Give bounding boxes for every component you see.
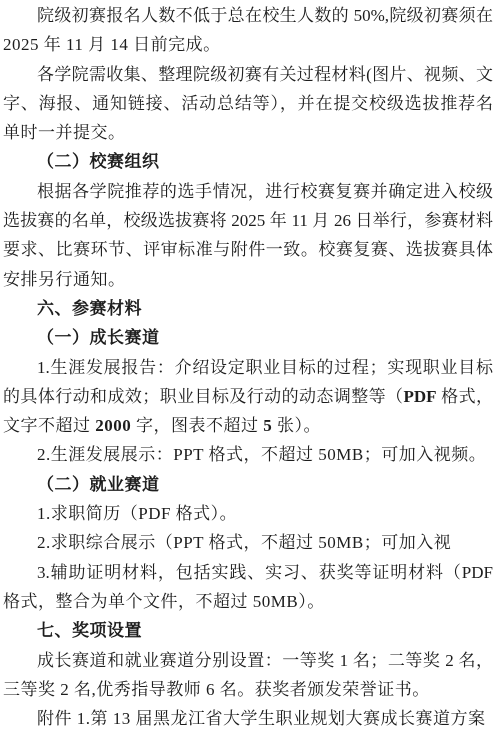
text-line: 3.辅助证明材料，包括实践、实习、获奖等证明材料（PDF: [3, 558, 493, 587]
text-segment: 张）。: [272, 416, 321, 435]
text-segment: 六、参赛材料: [37, 299, 142, 318]
text-segment: （二）就业赛道: [37, 475, 160, 494]
text-line: 2.求职综合展示（PPT 格式，不超过 50MB；可加入视频）。: [3, 528, 493, 557]
text-segment: 三等奖 2 名,优秀指导教师 6 名。获奖者颁发荣誉证书。: [3, 680, 430, 699]
text-segment: 的具体行动和成效；职业目标及行动的动态调整等（: [3, 387, 403, 406]
text-segment: 格式，整合为单个文件，不超过 50MB）。: [3, 592, 325, 611]
text-segment: 文字不超过: [3, 416, 95, 435]
text-line: 要求、比赛环节、评审标准与附件一致。校赛复赛、选拔赛具体: [3, 235, 493, 264]
text-line: 选拔赛的名单，校级选拔赛将 2025 年 11 月 26 日举行，参赛材料: [3, 206, 493, 235]
heading-line: （二）校赛组织: [3, 147, 493, 176]
text-segment: 格式，: [437, 387, 493, 406]
text-segment: 根据各学院推荐的选手情况，进行校赛复赛并确定进入校级: [37, 182, 493, 201]
text-line: 2.生涯发展展示：PPT 格式，不超过 50MB；可加入视频。: [3, 440, 493, 469]
text-line: 成长赛道和就业赛道分别设置：一等奖 1 名；二等奖 2 名，: [3, 646, 493, 675]
text-line: 安排另行通知。: [3, 265, 493, 294]
text-line: 院级初赛报名人数不低于总在校生人数的 50%,院级初赛须在: [3, 1, 493, 30]
text-segment: （一）成长赛道: [37, 328, 160, 347]
text-segment: 字、海报、通知链接、活动总结等），并在提交校级选拔推荐名: [3, 94, 493, 113]
text-line: 根据各学院推荐的选手情况，进行校赛复赛并确定进入校级: [3, 177, 493, 206]
text-line: 附件 1.第 13 届黑龙江省大学生职业规划大赛成长赛道方案: [3, 704, 493, 732]
text-segment: 1.生涯发展报告：介绍设定职业目标的过程；实现职业目标: [37, 358, 493, 377]
text-segment: （二）校赛组织: [37, 152, 160, 171]
text-line: 三等奖 2 名,优秀指导教师 6 名。获奖者颁发荣誉证书。: [3, 675, 493, 704]
text-segment: 选拔赛的名单，校级选拔赛将 2025 年 11 月 26 日举行，参赛材料: [3, 211, 493, 230]
heading-line: （二）就业赛道: [3, 470, 493, 499]
text-line: 1.生涯发展报告：介绍设定职业目标的过程；实现职业目标: [3, 353, 493, 382]
text-line: 字、海报、通知链接、活动总结等），并在提交校级选拔推荐名: [3, 89, 493, 118]
text-line: 文字不超过 2000 字，图表不超过 5 张）。: [3, 411, 493, 440]
document-body: 院级初赛报名人数不低于总在校生人数的 50%,院级初赛须在2025 年 11 月…: [3, 1, 493, 732]
text-segment: 单时一并提交。: [3, 123, 126, 142]
text-line: 单时一并提交。: [3, 118, 493, 147]
heading-line: （一）成长赛道: [3, 323, 493, 352]
text-segment: 字，图表不超过: [131, 416, 263, 435]
text-segment: 要求、比赛环节、评审标准与附件一致。校赛复赛、选拔赛具体: [3, 240, 493, 259]
text-segment: 七、奖项设置: [37, 621, 142, 640]
text-segment: 2025 年 11 月 14 日前完成。: [3, 35, 221, 54]
heading-line: 七、奖项设置: [3, 616, 493, 645]
text-segment: 成长赛道和就业赛道分别设置：一等奖 1 名；二等奖 2 名，: [37, 651, 493, 670]
text-segment: 各学院需收集、整理院级初赛有关过程材料(图片、视频、文: [37, 65, 493, 84]
text-segment: 3.辅助证明材料，包括实践、实习、获奖等证明材料（PDF: [37, 563, 493, 582]
text-line: 各学院需收集、整理院级初赛有关过程材料(图片、视频、文: [3, 60, 493, 89]
text-line: 1.求职简历（PDF 格式）。: [3, 499, 493, 528]
text-segment: 5: [263, 416, 272, 435]
heading-line: 六、参赛材料: [3, 294, 493, 323]
text-segment: 附件 1.第 13 届黑龙江省大学生职业规划大赛成长赛道方案: [37, 709, 486, 728]
document-page: 院级初赛报名人数不低于总在校生人数的 50%,院级初赛须在2025 年 11 月…: [0, 0, 499, 732]
text-segment: 2000: [95, 416, 131, 435]
text-segment: PDF: [403, 387, 436, 406]
text-segment: 院级初赛报名人数不低于总在校生人数的 50%,院级初赛须在: [37, 6, 493, 25]
text-line: 格式，整合为单个文件，不超过 50MB）。: [3, 587, 493, 616]
text-line: 的具体行动和成效；职业目标及行动的动态调整等（PDF 格式，: [3, 382, 493, 411]
text-line: 2025 年 11 月 14 日前完成。: [3, 30, 493, 59]
text-segment: 2.生涯发展展示：PPT 格式，不超过 50MB；可加入视频。: [37, 445, 486, 464]
text-segment: 安排另行通知。: [3, 270, 126, 289]
text-segment: 1.求职简历（PDF 格式）。: [37, 504, 237, 523]
text-segment: 2.求职综合展示（PPT 格式，不超过 50MB；可加入视频）。: [3, 533, 451, 557]
